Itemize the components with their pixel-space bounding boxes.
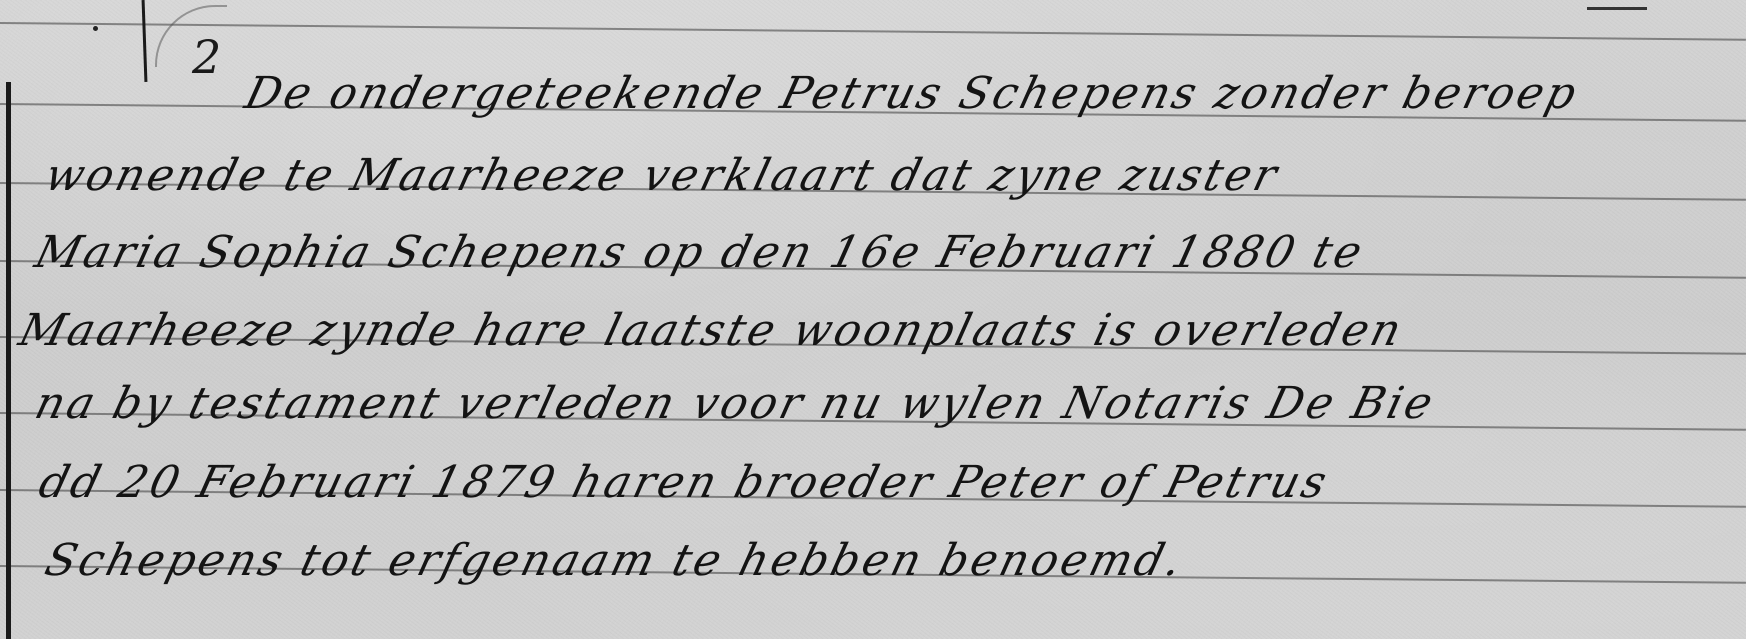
text-line-3: Maria Sophia Schepens op den 16e Februar… xyxy=(30,227,1370,278)
text-line-7: Schepens tot erfgenaam te hebben benoemd… xyxy=(40,535,1190,586)
ink-dot xyxy=(93,26,98,31)
entry-number: 2 xyxy=(192,30,221,84)
left-margin-line xyxy=(6,82,11,639)
vertical-tick-mark xyxy=(142,0,148,82)
scanned-document-page: 2 De ondergeteekende Petrus Schepens zon… xyxy=(0,0,1746,639)
text-line-5: na by testament verleden voor nu wylen N… xyxy=(30,378,1441,429)
text-line-6: dd 20 Februari 1879 haren broeder Peter … xyxy=(34,457,1334,508)
top-dash-mark xyxy=(1587,7,1647,10)
rule-line xyxy=(0,22,1746,41)
text-line-1: De ondergeteekende Petrus Schepens zonde… xyxy=(240,68,1584,119)
text-line-2: wonende te Maarheeze verklaart dat zyne … xyxy=(40,150,1285,201)
text-line-4: Maarheeze zynde hare laatste woonplaats … xyxy=(14,305,1409,356)
